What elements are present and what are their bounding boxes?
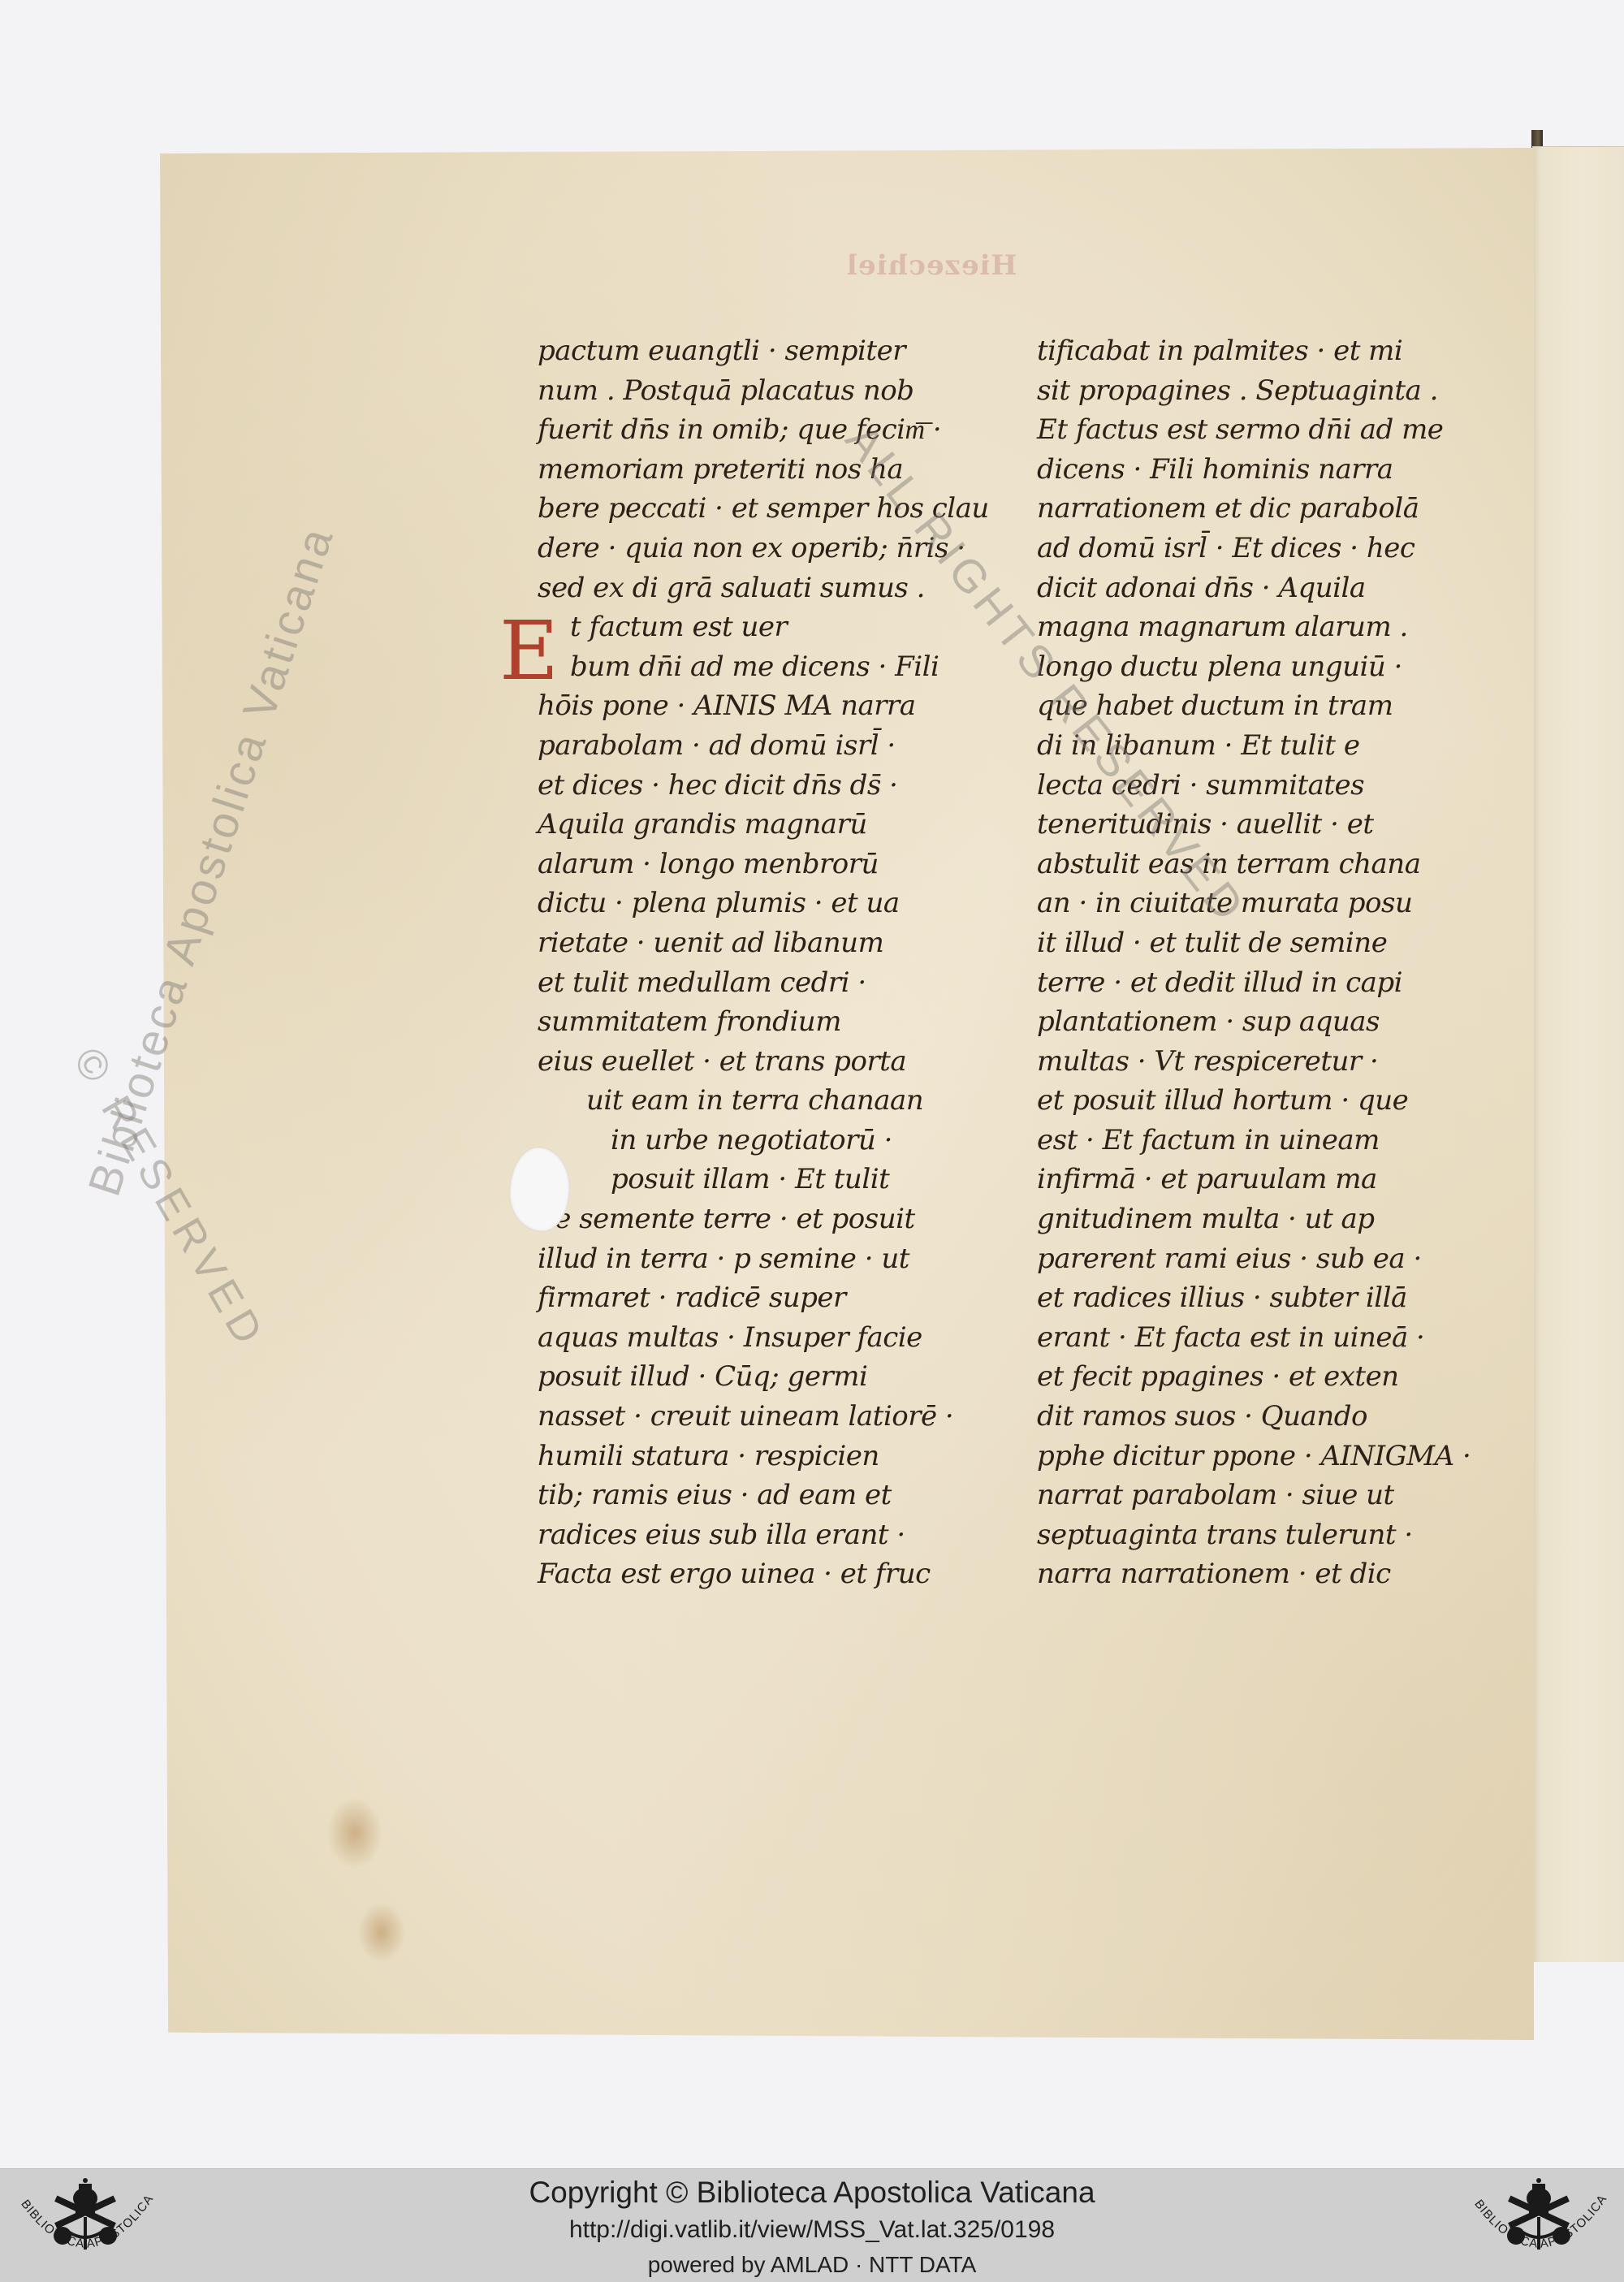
manuscript-line: erant · Et facta est in uineā · (1037, 1318, 1508, 1358)
stain-mark (326, 1796, 383, 1869)
manuscript-line: bere peccati · et semper hos clau (538, 489, 992, 529)
manuscript-line: tificabat in palmites · et mi (1037, 331, 1508, 371)
manuscript-line: fuerit dn̄s in omib; que fecim͞ · (538, 410, 992, 450)
manuscript-line: radices eius sub illa erant · (538, 1515, 992, 1555)
manuscript-line: Facta est ergo uinea · et fruc (538, 1554, 992, 1594)
powered-by-label: powered by AMLAD · NTT DATA (0, 2252, 1624, 2278)
manuscript-line: eius euellet · et trans porta (538, 1042, 992, 1082)
manuscript-line: firmaret · radicē super (538, 1278, 992, 1318)
manuscript-line: memoriam preteriti nos ha (538, 450, 992, 490)
manuscript-line: bum dn̄i ad me dicens · Fili (538, 647, 992, 687)
manuscript-line: parerent rami eius · sub ea · (1037, 1239, 1508, 1279)
manuscript-line: plantationem · sup aquas (1037, 1002, 1508, 1042)
manuscript-line: multas · Vt respiceretur · (1037, 1042, 1508, 1082)
manuscript-line: et tulit medullam cedri · (538, 963, 992, 1003)
papal-crest-icon: BIBLIOTECA APOSTOLICA VATICANA (4, 2172, 166, 2278)
vatican-library-logo-right: BIBLIOTECA APOSTOLICA VATICANA (1458, 2172, 1620, 2278)
manuscript-line: pactum euangtli · sempiter (538, 331, 992, 371)
manuscript-line: septuaginta trans tulerunt · (1037, 1515, 1508, 1555)
papal-crest-icon: BIBLIOTECA APOSTOLICA VATICANA (1458, 2172, 1620, 2278)
manuscript-line: an · in ciuitate murata posu (1037, 884, 1508, 923)
manuscript-line: gnitudinem multa · ut ap (1037, 1199, 1508, 1239)
stain-mark (357, 1902, 406, 1963)
manuscript-line: aquas multas · Insuper facie (538, 1318, 992, 1358)
copyright-footer: Copyright © Biblioteca Apostolica Vatica… (0, 2168, 1624, 2282)
manuscript-line: et fecit ppagines · et exten (1037, 1357, 1508, 1397)
manuscript-line: dit ramos suos · Quando (1037, 1397, 1508, 1437)
manuscript-line: teneritudinis · auellit · et (1037, 805, 1508, 845)
manuscript-line: pphe dicitur ppone · AINIGMA · (1037, 1437, 1508, 1476)
manuscript-line: posuit illud · Cūq; germi (538, 1357, 992, 1397)
manuscript-line: dere · quia non ex operib; n̄ris · (538, 529, 992, 568)
manuscript-line: t factum est uer (538, 607, 992, 647)
manuscript-line: num . Postquā placatus nob (538, 371, 992, 411)
manuscript-line: hōis pone · AINIS MA narra (538, 686, 992, 726)
manuscript-line: illud in terra · p semine · ut (538, 1239, 992, 1279)
vatican-library-logo-left: BIBLIOTECA APOSTOLICA VATICANA (4, 2172, 166, 2278)
manuscript-line: longo ductu plena unguiū · (1037, 647, 1508, 687)
manuscript-line: et dices · hec dicit dn̄s ds̄ · (538, 766, 992, 806)
manuscript-line: que habet ductum in tram (1037, 686, 1508, 726)
manuscript-line: terre · et dedit illud in capi (1037, 963, 1508, 1003)
manuscript-line: dicit adonai dn̄s · Aquila (1037, 568, 1508, 608)
manuscript-line: parabolam · ad domū isrl̄ · (538, 726, 992, 766)
manuscript-line: dictu · plena plumis · et ua (538, 884, 992, 923)
manuscript-line: est · Et factum in uineam (1037, 1121, 1508, 1160)
manuscript-line: uit eam in terra chanaan (538, 1081, 992, 1121)
manuscript-line: et radices illius · subter illā (1037, 1278, 1508, 1318)
manuscript-line: lecta cedri · summitates (1037, 766, 1508, 806)
manuscript-line: alarum · longo menbrorū (538, 845, 992, 884)
copyright-notice: Copyright © Biblioteca Apostolica Vatica… (0, 2176, 1624, 2210)
manuscript-line: sed ex di grā saluati sumus . (538, 568, 992, 608)
manuscript-line: de semente terre · et posuit (538, 1199, 992, 1239)
manuscript-line: in urbe negotiatorū · (538, 1121, 992, 1160)
manuscript-line: infirmā · et paruulam ma (1037, 1160, 1508, 1199)
manuscript-line: dicens · Fili hominis narra (1037, 450, 1508, 490)
manuscript-line: narra narrationem · et dic (1037, 1554, 1508, 1594)
parchment-hole (509, 1147, 570, 1232)
manuscript-line: nasset · creuit uineam latiorē · (538, 1397, 992, 1437)
manuscript-line: sit propagines . Septuaginta . (1037, 371, 1508, 411)
manuscript-line: it illud · et tulit de semine (1037, 923, 1508, 963)
manuscript-line: narrat parabolam · siue ut (1037, 1476, 1508, 1515)
manuscript-url[interactable]: http://digi.vatlib.it/view/MSS_Vat.lat.3… (0, 2216, 1624, 2244)
manuscript-line: et posuit illud hortum · que (1037, 1081, 1508, 1121)
manuscript-line: narrationem et dic parabolā (1037, 489, 1508, 529)
manuscript-line: summitatem frondium (538, 1002, 992, 1042)
manuscript-line: rietate · uenit ad libanum (538, 923, 992, 963)
manuscript-line: Aquila grandis magnarū (538, 805, 992, 845)
manuscript-viewer: Hiezechiel E pactum euangtli · sempitern… (0, 0, 1624, 2168)
manuscript-folio: Hiezechiel E pactum euangtli · sempitern… (160, 148, 1534, 2040)
manuscript-line: humili statura · respicien (538, 1437, 992, 1476)
manuscript-line: ad domū isrl̄ · Et dices · hec (1037, 529, 1508, 568)
manuscript-line: posuit illam · Et tulit (538, 1160, 992, 1199)
text-column-left: pactum euangtli · sempiternum . Postquā … (538, 331, 992, 1594)
manuscript-line: tib; ramis eius · ad eam et (538, 1476, 992, 1515)
manuscript-line: magna magnarum alarum . (1037, 607, 1508, 647)
facing-page-edge (1532, 146, 1624, 1962)
manuscript-line: Et factus est sermo dn̄i ad me (1037, 410, 1508, 450)
manuscript-line: abstulit eas in terram chana (1037, 845, 1508, 884)
running-head-offset: Hiezechiel (846, 249, 1017, 282)
manuscript-line: di in libanum · Et tulit e (1037, 726, 1508, 766)
text-column-right: tificabat in palmites · et misit propagi… (1037, 331, 1508, 1594)
